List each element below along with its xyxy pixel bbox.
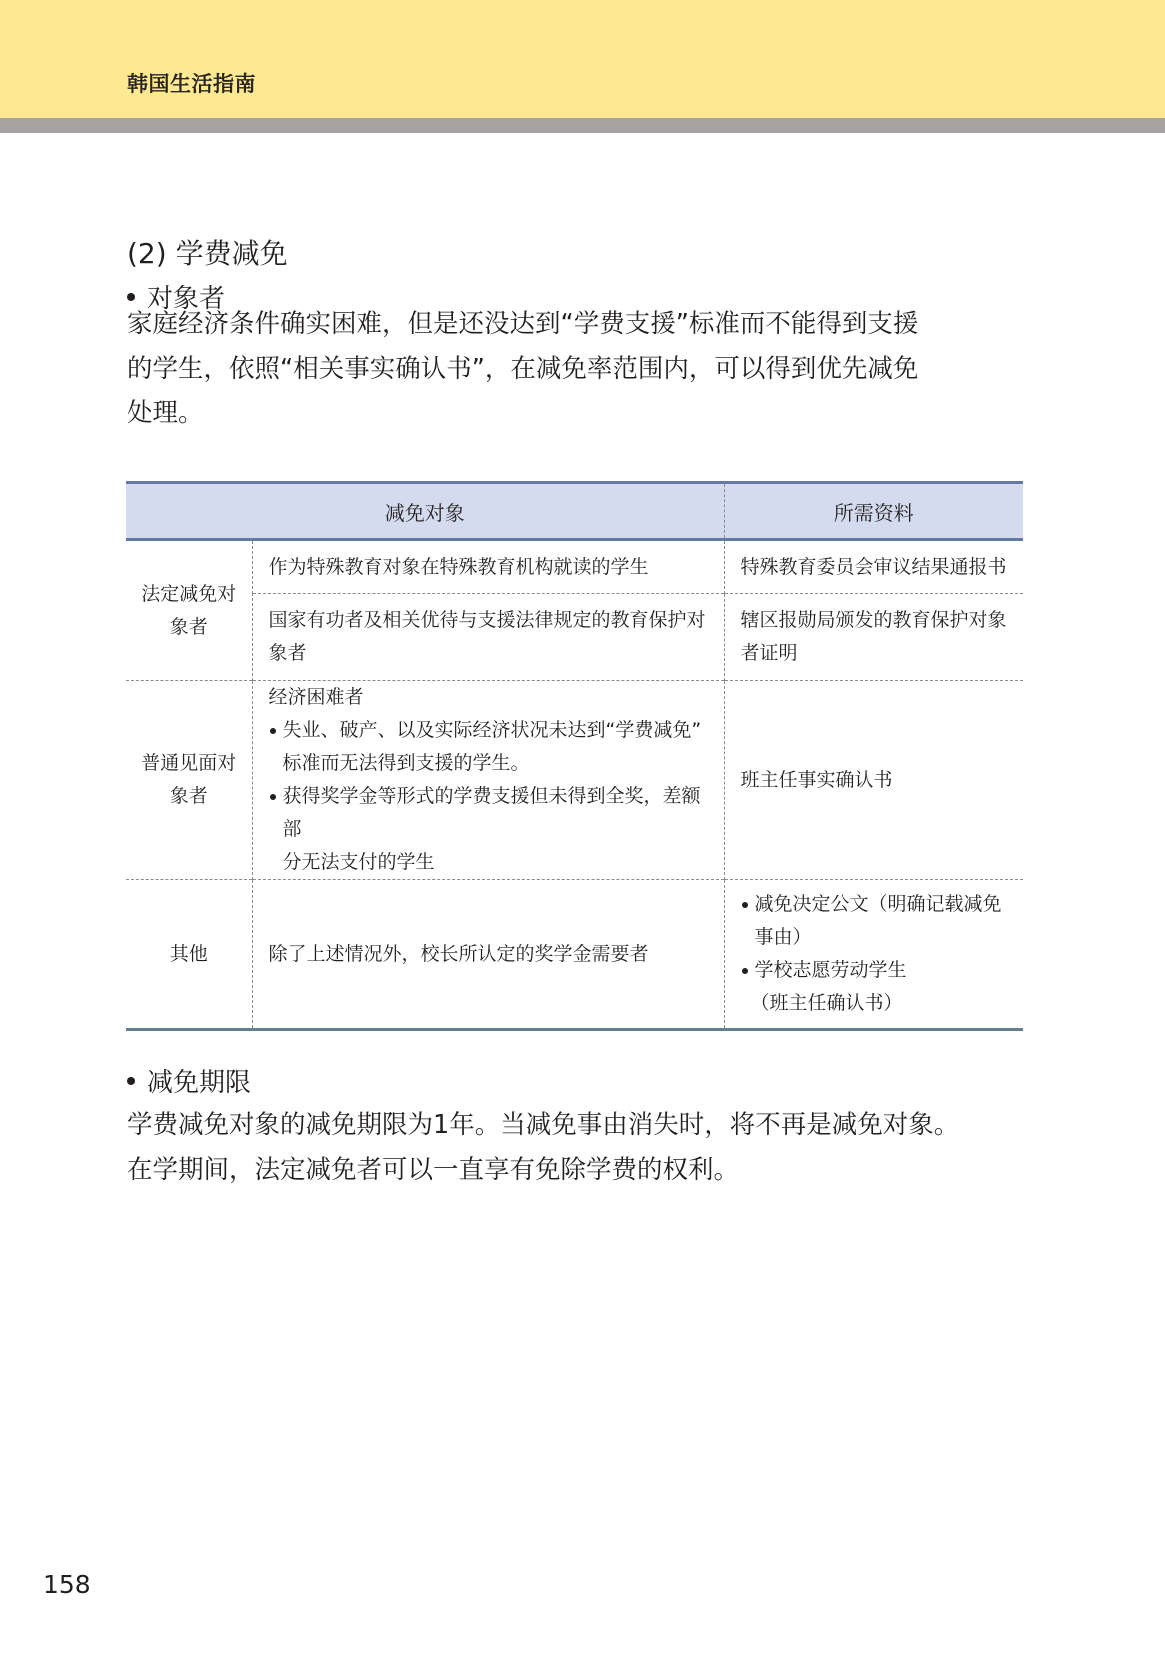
cell-line: （班主任确认书） xyxy=(751,987,1014,1020)
header-divider-bar xyxy=(0,118,1165,133)
paragraph-line: 处理。 xyxy=(127,391,1027,436)
paragraph-line: 家庭经济条件确实困难，但是还没达到“学费支援”标准而不能得到支援 xyxy=(127,302,1027,347)
cell-line: 象者 xyxy=(269,637,714,670)
category-line: 其他 xyxy=(126,938,252,971)
cell-line: 作为特殊教育对象在特殊教育机构就读的学生 xyxy=(269,551,714,584)
target-cell: 作为特殊教育对象在特殊教育机构就读的学生 xyxy=(252,540,724,594)
header-band xyxy=(0,0,1165,118)
period-heading-text: 减免期限 xyxy=(147,1068,251,1098)
cell-line: 辖区报勋局颁发的教育保护对象 xyxy=(741,604,1014,637)
period-heading: 减免期限 xyxy=(127,1062,251,1099)
target-cell: 经济困难者 失业、破产、以及实际经济状况未达到“学费减免” 标准而无法得到支援的… xyxy=(252,681,724,880)
target-cell: 除了上述情况外，校长所认定的奖学金需要者 xyxy=(252,880,724,1030)
documents-cell: 特殊教育委员会审议结果通报书 xyxy=(724,540,1023,594)
cell-line: 除了上述情况外，校长所认定的奖学金需要者 xyxy=(269,938,714,971)
cell-line: 标准而无法得到支援的学生。 xyxy=(283,747,714,780)
table-row: 国家有功者及相关优待与支援法律规定的教育保护对 象者 辖区报勋局颁发的教育保护对… xyxy=(126,594,1023,681)
header-documents: 所需资料 xyxy=(724,483,1023,540)
period-paragraph: 学费减免对象的减免期限为1年。当减免事由消失时，将不再是减免对象。 在学期间，法… xyxy=(127,1103,1027,1192)
cell-line: 失业、破产、以及实际经济状况未达到“学费减免” xyxy=(283,714,714,747)
bullet-icon xyxy=(127,293,135,301)
table-header-row: 减免对象 所需资料 xyxy=(126,483,1023,540)
cell-line: 特殊教育委员会审议结果通报书 xyxy=(741,551,1014,584)
page-number: 158 xyxy=(43,1570,91,1599)
documents-cell: 班主任事实确认书 xyxy=(724,681,1023,880)
bullet-item: 减免决定公文（明确记载减免 事由） xyxy=(741,888,1014,954)
cell-line: 经济困难者 xyxy=(269,681,714,714)
eligibility-paragraph: 家庭经济条件确实困难，但是还没达到“学费支援”标准而不能得到支援 的学生，依照“… xyxy=(127,302,1027,436)
bullet-item: 失业、破产、以及实际经济状况未达到“学费减免” 标准而无法得到支援的学生。 xyxy=(269,714,714,780)
paragraph-line: 学费减免对象的减免期限为1年。当减免事由消失时，将不再是减免对象。 xyxy=(127,1103,1027,1148)
cell-line: 减免决定公文（明确记载减免 xyxy=(755,888,1014,921)
cell-line: 学校志愿劳动学生 xyxy=(755,954,1014,987)
category-line: 法定减免对 xyxy=(126,578,252,611)
header-target: 减免对象 xyxy=(126,483,724,540)
table-row: 法定减免对 象者 作为特殊教育对象在特殊教育机构就读的学生 特殊教育委员会审议结… xyxy=(126,540,1023,594)
bullet-item: 获得奖学金等形式的学费支援但未得到全奖，差额部 分无法支付的学生 xyxy=(269,780,714,879)
category-cell: 其他 xyxy=(126,880,252,1030)
category-cell: 普通见面对 象者 xyxy=(126,681,252,880)
exemption-table: 减免对象 所需资料 法定减免对 象者 作为特殊教育对象在特殊教育机构就读的学生 … xyxy=(126,481,1023,1031)
bullet-item: 学校志愿劳动学生 （班主任确认书） xyxy=(741,954,1014,1020)
category-line: 普通见面对 xyxy=(126,747,252,780)
cell-line: 事由） xyxy=(755,921,1014,954)
cell-line: 分无法支付的学生 xyxy=(283,846,714,879)
cell-line: 者证明 xyxy=(741,637,1014,670)
cell-line: 班主任事实确认书 xyxy=(741,764,1014,797)
category-cell: 法定减免对 象者 xyxy=(126,540,252,681)
running-title: 韩国生活指南 xyxy=(127,68,256,98)
table-row: 其他 除了上述情况外，校长所认定的奖学金需要者 减免决定公文（明确记载减免 事由… xyxy=(126,880,1023,1030)
target-cell: 国家有功者及相关优待与支援法律规定的教育保护对 象者 xyxy=(252,594,724,681)
paragraph-line: 的学生，依照“相关事实确认书”，在减免率范围内，可以得到优先减免 xyxy=(127,347,1027,392)
paragraph-line: 在学期间，法定减免者可以一直享有免除学费的权利。 xyxy=(127,1148,1027,1193)
category-line: 象者 xyxy=(126,780,252,813)
cell-line: 国家有功者及相关优待与支援法律规定的教育保护对 xyxy=(269,604,714,637)
documents-cell: 减免决定公文（明确记载减免 事由） 学校志愿劳动学生 （班主任确认书） xyxy=(724,880,1023,1030)
table-row: 普通见面对 象者 经济困难者 失业、破产、以及实际经济状况未达到“学费减免” 标… xyxy=(126,681,1023,880)
category-line: 象者 xyxy=(126,611,252,644)
documents-cell: 辖区报勋局颁发的教育保护对象 者证明 xyxy=(724,594,1023,681)
cell-line: 获得奖学金等形式的学费支援但未得到全奖，差额部 xyxy=(283,780,714,846)
bullet-icon xyxy=(127,1077,135,1085)
section-title: (2) 学费减免 xyxy=(127,232,288,272)
